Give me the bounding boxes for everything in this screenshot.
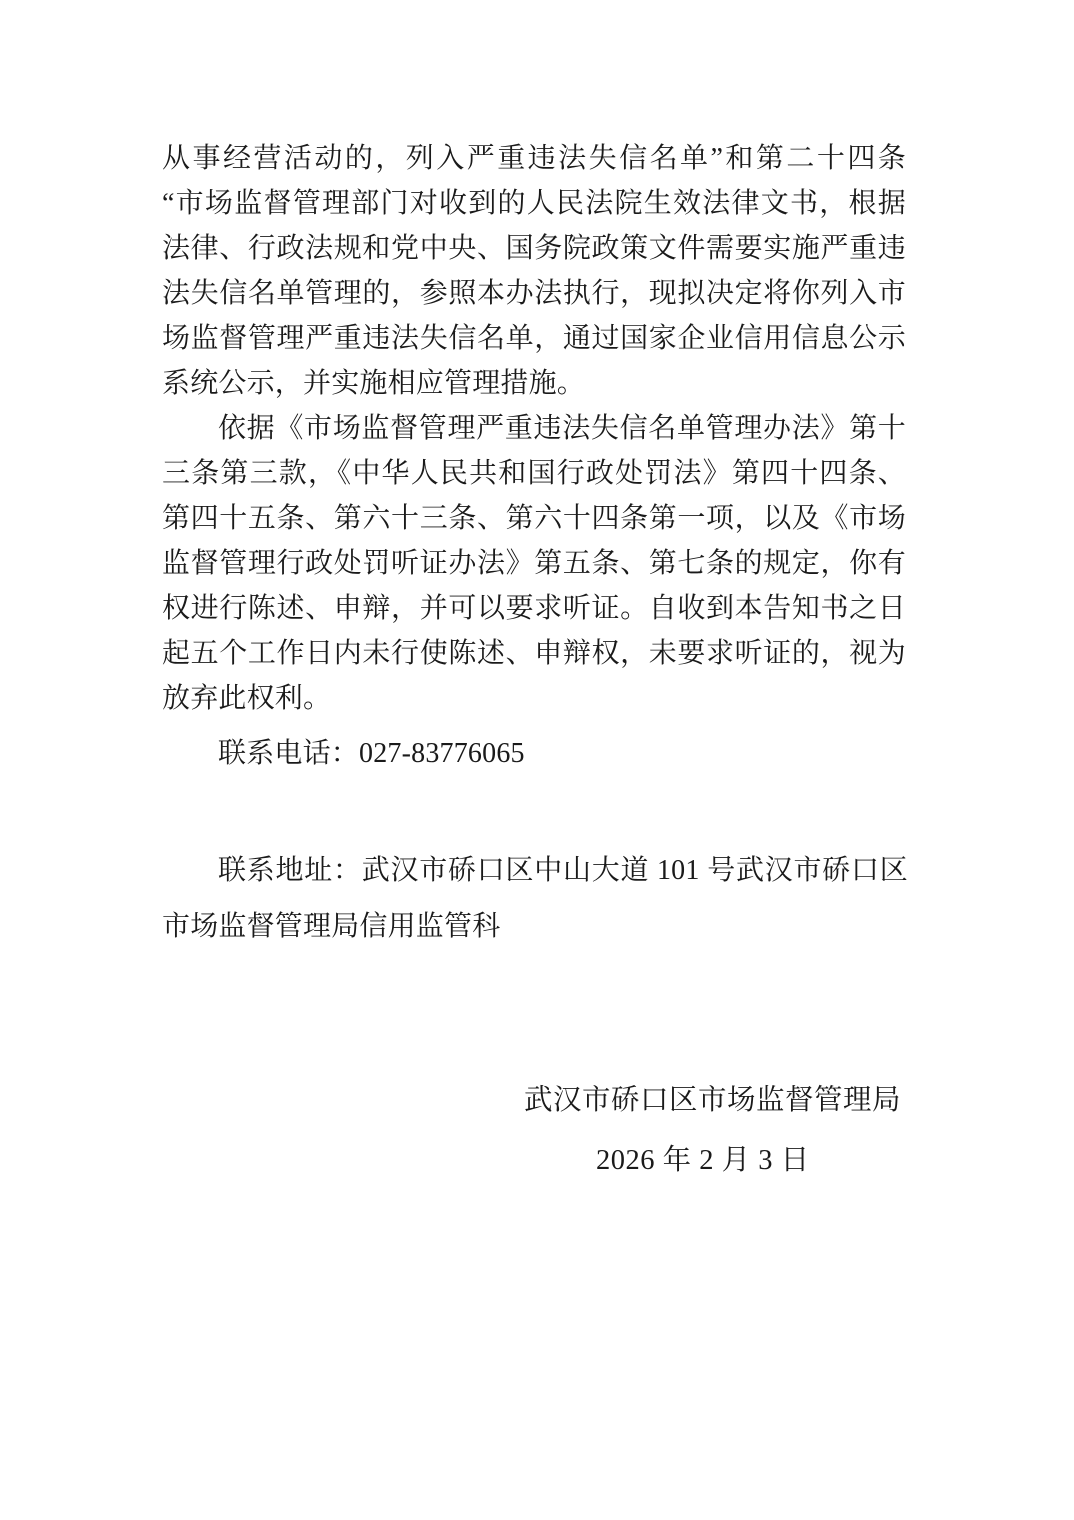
- paragraph-legal-basis-rights: 依据《市场监督管理严重违法失信名单管理办法》第十三条第三款，《中华人民共和国行政…: [162, 406, 906, 721]
- signature-date: 2026 年 2 月 3 日: [596, 1138, 810, 1183]
- text-line: 放弃此权利。: [162, 676, 906, 721]
- text-line: 三条第三款，《中华人民共和国行政处罚法》第四十四条、: [162, 451, 906, 496]
- contact-phone-line: 联系电话：027-83776065: [162, 731, 906, 776]
- text-line: 监督管理行政处罚听证办法》第五条、第七条的规定，你有: [162, 541, 906, 586]
- official-notice-page: 从事经营活动的，列入严重违法失信名单”和第二十四条“市场监督管理部门对收到的人民…: [0, 0, 1074, 1520]
- notice-body: 从事经营活动的，列入严重违法失信名单”和第二十四条“市场监督管理部门对收到的人民…: [162, 136, 906, 721]
- signature-issuer: 武汉市硚口区市场监督管理局: [524, 1078, 901, 1123]
- text-line: 法律、行政法规和党中央、国务院政策文件需要实施严重违: [162, 226, 906, 271]
- text-line: 第四十五条、第六十三条、第六十四条第一项，以及《市场: [162, 496, 906, 541]
- text-line: 权进行陈述、申辩，并可以要求听证。自收到本告知书之日: [162, 586, 906, 631]
- text-line: 从事经营活动的，列入严重违法失信名单”和第二十四条: [162, 136, 906, 181]
- text-line: 起五个工作日内未行使陈述、申辩权，未要求听证的，视为: [162, 631, 906, 676]
- contact-address-block: 联系地址：武汉市硚口区中山大道 101 号武汉市硚口区市场监督管理局信用监管科: [162, 843, 908, 955]
- text-line: 法失信名单管理的，参照本办法执行，现拟决定将你列入市: [162, 271, 906, 316]
- text-line: 依据《市场监督管理严重违法失信名单管理办法》第十: [162, 406, 906, 451]
- contact-phone-block: 联系电话：027-83776065: [162, 731, 906, 776]
- text-line: 市场监督管理局信用监管科: [162, 899, 908, 955]
- paragraph-continuation-listing-clause: 从事经营活动的，列入严重违法失信名单”和第二十四条“市场监督管理部门对收到的人民…: [162, 136, 906, 406]
- text-line: 场监督管理严重违法失信名单，通过国家企业信用信息公示: [162, 316, 906, 361]
- text-line: “市场监督管理部门对收到的人民法院生效法律文书，根据: [162, 181, 906, 226]
- text-line: 系统公示，并实施相应管理措施。: [162, 361, 906, 406]
- text-line: 联系地址：武汉市硚口区中山大道 101 号武汉市硚口区: [162, 843, 908, 899]
